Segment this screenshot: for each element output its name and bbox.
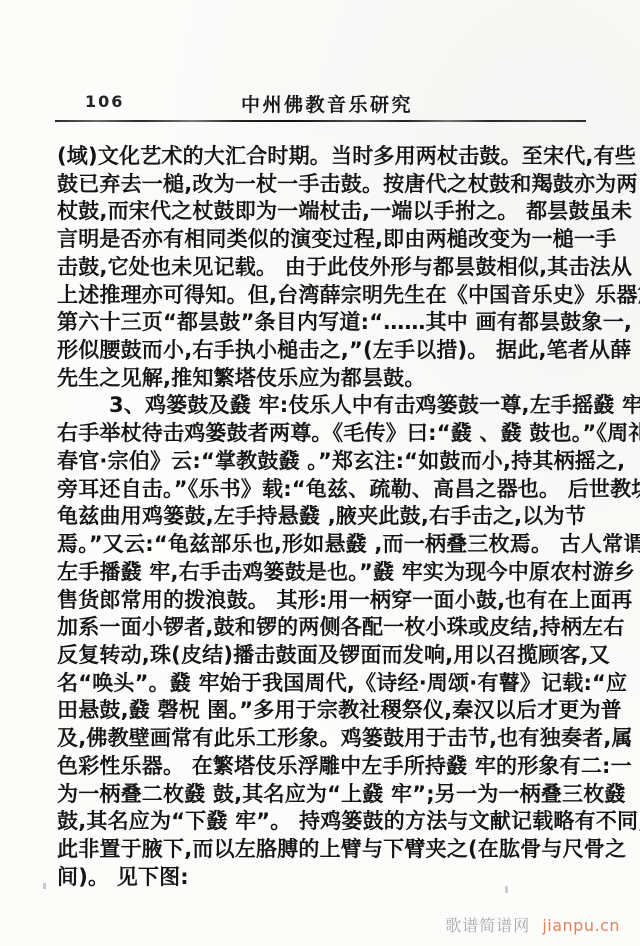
text-line: 鼓,其名应为“下鼗 牢”。 持鸡篓鼓的方法与文献记载略有不同,: [57, 808, 586, 836]
page-header: 106 中州佛教音乐研究: [0, 90, 640, 116]
text-line: 形似腰鼓而小,右手执小槌击之,”(左手以措)。 据此,笔者从薛: [57, 337, 586, 365]
text-line: 先生之见解,推知繁塔伎乐应为都昙鼓。: [57, 365, 586, 393]
watermark-site-url: jianpu.cn: [542, 916, 620, 935]
text-line: 售货郎常用的拨浪鼓。 其形:用一柄穿一面小鼓,也有在上面再: [57, 587, 586, 615]
watermark-site-name: 歌谱简谱网: [445, 916, 530, 935]
text-line: 春官·宗伯》云:“掌教鼓鼗 。”郑玄注:“如鼓而小,持其柄摇之,: [57, 448, 586, 476]
text-line: 此非置于腋下,而以左胳膊的上臂与下臂夹之(在肱骨与尺骨之: [57, 836, 586, 864]
text-line: 旁耳还自击。”《乐书》载:“龟兹、疏勒、高昌之器也。 后世教坊奏: [57, 476, 586, 504]
text-line: 名“唤头”。鼗 牢始于我国周代,《诗经·周颂·有瞽》记载:“应: [57, 670, 586, 698]
text-line-section-start: 3、鸡篓鼓及鼗 牢:伎乐人中有击鸡篓鼓一尊,左手摇鼗 牢,: [57, 392, 586, 420]
text-line: 鼓已弃去一槌,改为一杖一手击鼓。按唐代之杖鼓和羯鼓亦为两: [57, 171, 586, 199]
text-line: 右手举杖待击鸡篓鼓者两尊。《毛传》曰:“鼗 、鼗 鼓也。”《周礼·: [57, 420, 586, 448]
text-line: 左手播鼗 牢,右手击鸡篓鼓是也。”鼗 牢实为现今中原农村游乡: [57, 559, 586, 587]
scanned-book-page: 106 中州佛教音乐研究 (域)文化艺术的大汇合时期。当时多用两杖击鼓。至宋代,…: [0, 0, 640, 946]
text-line: 为一柄叠二枚鼗 鼓,其名应为“上鼗 牢”;另一为一柄叠三枚鼗: [57, 781, 586, 809]
page-title: 中州佛教音乐研究: [0, 90, 640, 117]
scan-speck: [43, 883, 46, 889]
text-line: 色彩性乐器。 在繁塔伎乐浮雕中左手所持鼗 牢的形象有二:一: [57, 753, 586, 781]
watermark: 歌谱简谱网 jianpu.cn: [445, 913, 620, 936]
text-line: 龟兹曲用鸡篓鼓,左手持悬鼗 ,腋夹此鼓,右手击之,以为节: [57, 503, 586, 531]
text-line: 反复转动,珠(皮结)播击鼓面及锣面而发响,用以召揽顾客,又: [57, 642, 586, 670]
text-line: 上述推理亦可得知。但,台湾薛宗明先生在《中国音乐史》乐器篇: [57, 282, 586, 310]
header-rule: [55, 120, 586, 122]
text-line: 击鼓,它处也未见记载。 由于此伎外形与都昙鼓相似,其击法从: [57, 254, 586, 282]
text-line: 田悬鼓,鼗 磬柷 圉。”多用于宗教社稷祭仪,秦汉以后才更为普: [57, 697, 586, 725]
text-line: 加系一面小锣者,鼓和锣的两侧各配一枚小珠或皮结,持柄左右: [57, 614, 586, 642]
scan-speck: [505, 886, 508, 893]
text-line: 言明是否亦有相同类似的演变过程,即由两槌改变为一槌一手: [57, 226, 586, 254]
text-line: (域)文化艺术的大汇合时期。当时多用两杖击鼓。至宋代,有些: [57, 143, 586, 171]
text-line: 第六十三页“都昙鼓”条目内写道:“……其中 画有都昙鼓象一,: [57, 309, 586, 337]
text-line: 及,佛教壁画常有此乐工形象。鸡篓鼓用于击节,也有独奏者,属: [57, 725, 586, 753]
text-line: 焉。”又云:“龟兹部乐也,形如悬鼗 ,而一柄叠三枚焉。 古人常谓: [57, 531, 586, 559]
text-line: 杖鼓,而宋代之杖鼓即为一端杖击,一端以手拊之。 都昙鼓虽未: [57, 198, 586, 226]
body-text: (域)文化艺术的大汇合时期。当时多用两杖击鼓。至宋代,有些 鼓已弃去一槌,改为一…: [57, 143, 586, 891]
